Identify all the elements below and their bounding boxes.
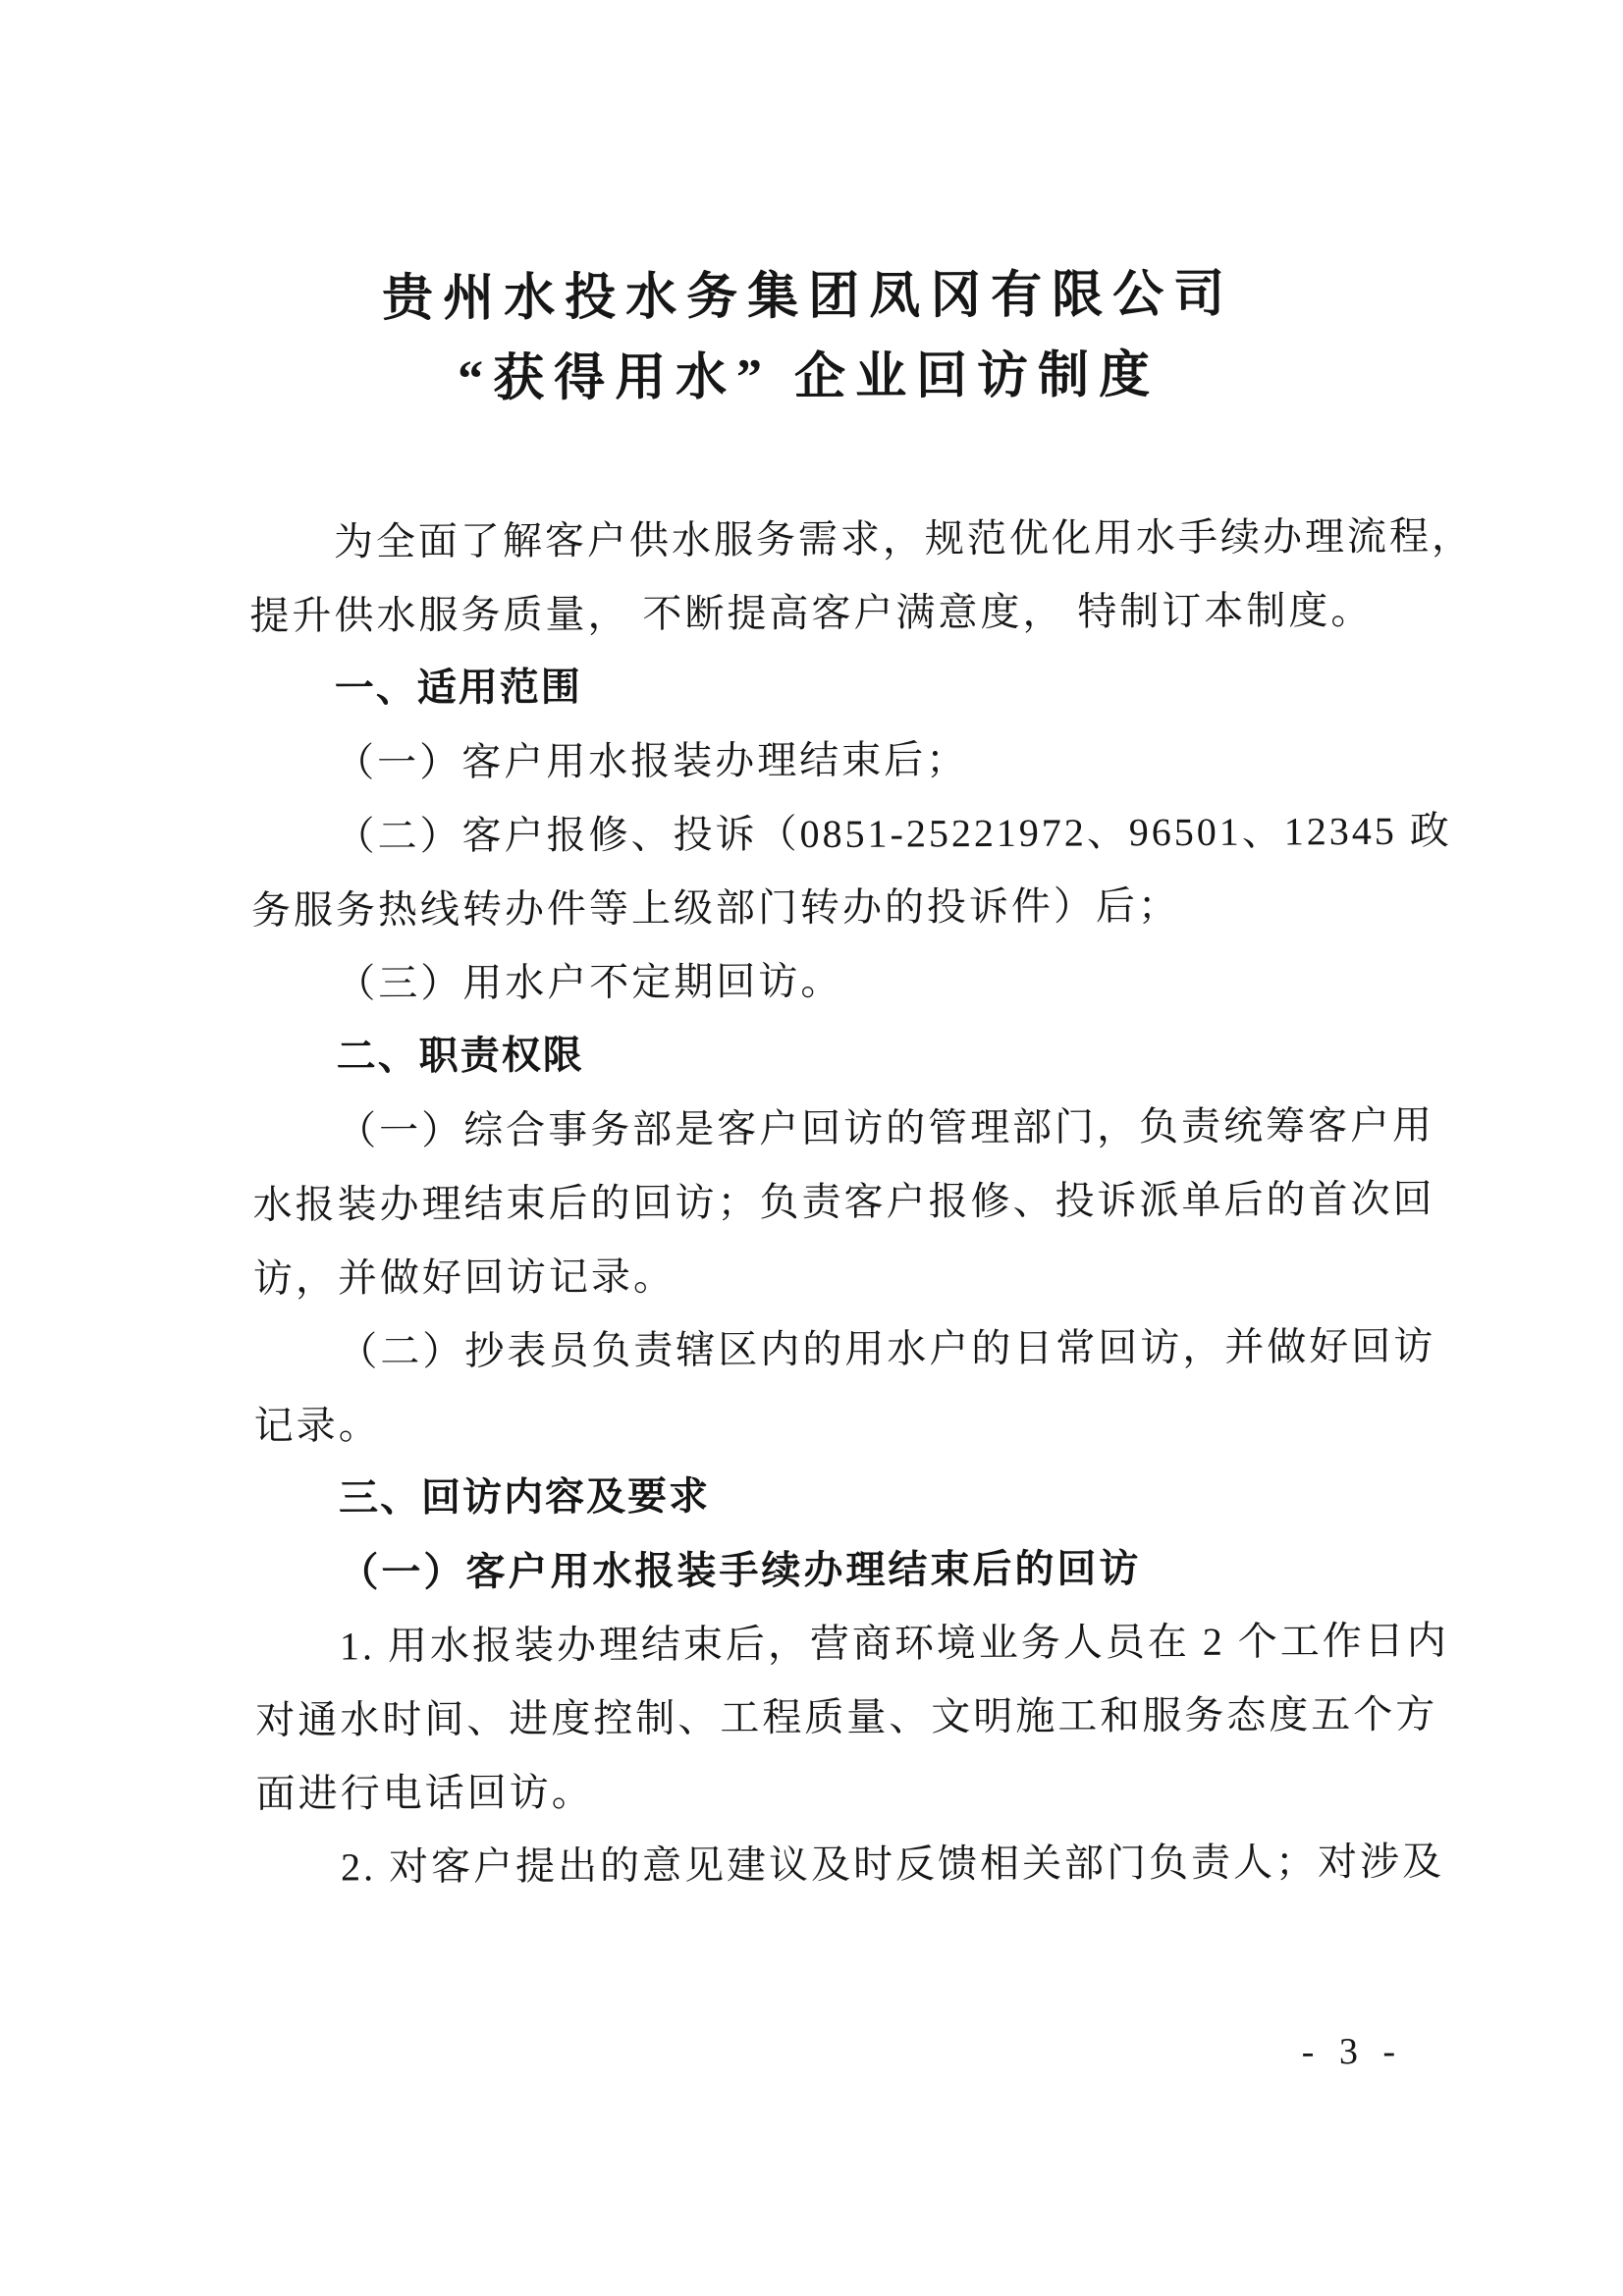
text-line: 面进行电话回访。: [255, 1750, 1483, 1831]
text-line: 为全面了解客户供水服务需求，规范优化用水手续办理流程，: [249, 499, 1477, 579]
text-line: 记录。: [254, 1382, 1482, 1463]
section-heading-2: 二、职责权限: [252, 1014, 1480, 1095]
document-title: 贵州水投水务集团凤冈有限公司 “获得用水” 企业回访制度: [0, 253, 1620, 423]
text-line: 提升供水服务质量， 不断提高客户满意度， 特制订本制度。: [249, 572, 1477, 653]
document-title-line1: 贵州水投水务集团凤冈有限公司: [0, 253, 1620, 343]
text-line: （一）客户用水报装办理结束后；: [250, 720, 1478, 800]
text-line: 访，并做好回访记录。: [253, 1235, 1481, 1315]
document-title-line2: “获得用水” 企业回访制度: [0, 334, 1620, 423]
document-body: 为全面了解客户供水服务需求，规范优化用水手续办理流程， 提升供水服务质量， 不断…: [249, 499, 1484, 1904]
text-line: （二）客户报修、投诉（0851-25221972、96501、12345 政: [250, 793, 1478, 874]
text-line: （三）用水户不定期回访。: [251, 940, 1479, 1021]
text-line: 1. 用水报装办理结束后，营商环境业务人员在 2 个工作日内: [255, 1603, 1483, 1683]
scanned-sheet: 贵州水投水务集团凤冈有限公司 “获得用水” 企业回访制度 为全面了解客户供水服务…: [0, 0, 1623, 2296]
text-line: 2. 对客户提出的意见建议及时反馈相关部门负责人；对涉及: [256, 1824, 1484, 1904]
document-page: 贵州水投水务集团凤冈有限公司 “获得用水” 企业回访制度 为全面了解客户供水服务…: [0, 0, 1623, 2296]
text-line: 对通水时间、进度控制、工程质量、文明施工和服务态度五个方: [255, 1677, 1483, 1757]
page-number: - 3 -: [1302, 2015, 1404, 2090]
section-heading-1: 一、适用范围: [250, 646, 1478, 726]
text-line: （一）综合事务部是客户回访的管理部门，负责统筹客户用: [252, 1088, 1480, 1168]
text-line: 务服务热线转办件等上级部门转办的投诉件）后；: [251, 867, 1479, 947]
text-line: （二）抄表员负责辖区内的用水户的日常回访，并做好回访: [253, 1308, 1481, 1389]
sub-heading: （一）客户用水报装手续办理结束后的回访: [254, 1529, 1482, 1610]
text-line: 水报装办理结束后的回访；负责客户报修、投诉派单后的首次回: [252, 1161, 1480, 1242]
section-heading-3: 三、回访内容及要求: [254, 1456, 1482, 1536]
